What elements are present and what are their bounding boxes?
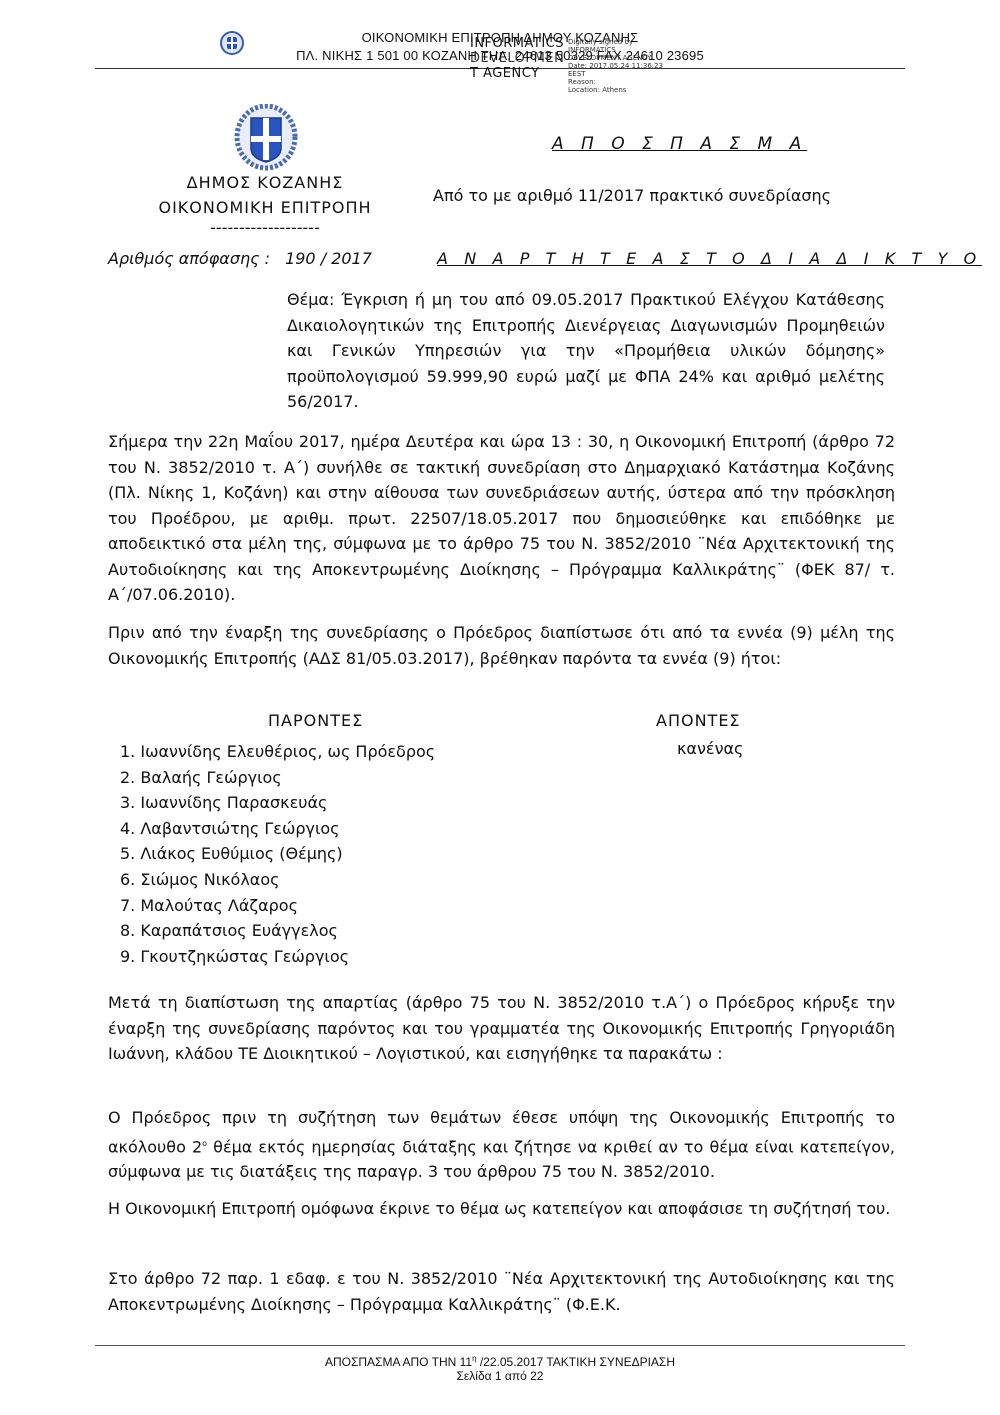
publish-notice: Α Ν Α Ρ Τ Η Τ Ε Α Σ Τ Ο Δ Ι Α Δ Ι Κ Τ Υ … bbox=[437, 249, 982, 268]
list-item: 8. Καραπάτσιος Ευάγγελος bbox=[120, 918, 435, 944]
decision-label: Αριθμός απόφασης : 190 / 2017 bbox=[108, 249, 372, 268]
from-minutes-text: Από το με αριθμό 11/2017 πρακτικό συνεδρ… bbox=[433, 186, 831, 205]
coat-of-arms-icon bbox=[234, 104, 298, 172]
paragraph-quorum: Πριν από την έναρξη της συνεδρίασης ο Πρ… bbox=[108, 620, 895, 671]
list-item: 6. Σιώμος Νικόλαος bbox=[120, 867, 435, 893]
subject-text: Θέμα: Έγκριση ή μη του από 09.05.2017 Πρ… bbox=[287, 287, 885, 415]
org-committee: ΟΙΚΟΝΟΜΙΚΗ ΕΠΙΤΡΟΠΗ bbox=[120, 198, 410, 217]
footer-divider bbox=[95, 1345, 905, 1346]
list-item: 7. Μαλούτας Λάζαρος bbox=[120, 893, 435, 919]
list-item: 9. Γκουτζηκώστας Γεώργιος bbox=[120, 944, 435, 970]
paragraph-urgent-item: Ο Πρόεδρος πριν τη συζήτηση των θεμάτων … bbox=[108, 1105, 895, 1185]
list-item: 1. Ιωαννίδης Ελευθέριος, ως Πρόεδρος bbox=[120, 739, 435, 765]
absent-members: κανένας bbox=[677, 739, 743, 758]
page-number: Σελίδα 1 από 22 bbox=[0, 1368, 1000, 1385]
org-divider: ------------------- bbox=[120, 218, 410, 237]
paragraph-session-start: Μετά τη διαπίστωση της απαρτίας (άρθρο 7… bbox=[108, 990, 895, 1067]
absent-header: ΑΠΟΝΤΕΣ bbox=[656, 711, 741, 730]
list-item: 5. Λιάκος Ευθύμιος (Θέμης) bbox=[120, 841, 435, 867]
present-members-list: 1. Ιωαννίδης Ελευθέριος, ως Πρόεδρος 2. … bbox=[120, 739, 435, 969]
list-item: 2. Βαλαής Γεώργιος bbox=[120, 765, 435, 791]
list-item: 4. Λαβαντσιώτης Γεώργιος bbox=[120, 816, 435, 842]
signature-name-line-3: T AGENCY bbox=[470, 66, 540, 81]
paragraph-urgent-decision: Η Οικονομική Επιτροπή ομόφωνα έκρινε το … bbox=[108, 1196, 895, 1222]
signature-name-line-2: DEVELOPMEN bbox=[470, 51, 564, 66]
list-item: 3. Ιωαννίδης Παρασκευάς bbox=[120, 790, 435, 816]
paragraph-legal-basis: Στο άρθρο 72 παρ. 1 εδαφ. ε του Ν. 3852/… bbox=[108, 1266, 895, 1317]
present-header: ΠΑΡΟΝΤΕΣ bbox=[268, 711, 363, 730]
extract-title: Α Π Ο Σ Π Α Σ Μ Α bbox=[552, 134, 807, 154]
signature-name-line-1: INFORMATICS bbox=[470, 36, 564, 51]
decision-number: 190 / 2017 bbox=[285, 249, 372, 268]
org-municipality: ΔΗΜΟΣ ΚΟΖΑΝΗΣ bbox=[120, 173, 410, 192]
decision-label-text: Αριθμός απόφασης : bbox=[108, 249, 270, 268]
paragraph-meeting-intro: Σήμερα την 22η Μαΐου 2017, ημέρα Δευτέρα… bbox=[108, 429, 895, 608]
signature-details: Digitally signed by INFORMATICS DEVELOPM… bbox=[568, 38, 663, 94]
